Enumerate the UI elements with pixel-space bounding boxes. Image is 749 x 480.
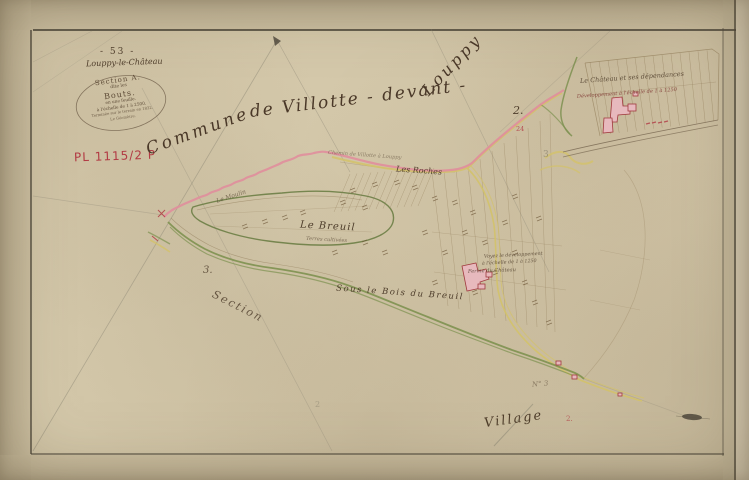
farm-buildings: [462, 263, 622, 396]
red-number-2: 2.: [566, 416, 573, 423]
archive-reference: PL 1115/2 P: [74, 149, 156, 164]
yellow-roads: [150, 93, 644, 401]
road-number-label: N° 3: [532, 380, 549, 388]
sheet-number: - 53 -: [100, 48, 135, 57]
parcel-number-24-red: 24: [516, 126, 524, 133]
scanned-map-sheet: - 53 - Louppy-le-Château Section A. dite…: [0, 0, 749, 480]
inset-buildings: [603, 92, 638, 133]
inset-red-parcel-marks: [646, 121, 668, 124]
parcel-number-3: 3.: [203, 266, 213, 276]
pencil-number-2: 2: [315, 401, 320, 409]
pencil-number-3: 3: [543, 151, 549, 160]
inset-plan: [563, 49, 719, 157]
sheet-border-lines: [31, 0, 736, 480]
parcel-number-2: 2.: [513, 105, 524, 116]
